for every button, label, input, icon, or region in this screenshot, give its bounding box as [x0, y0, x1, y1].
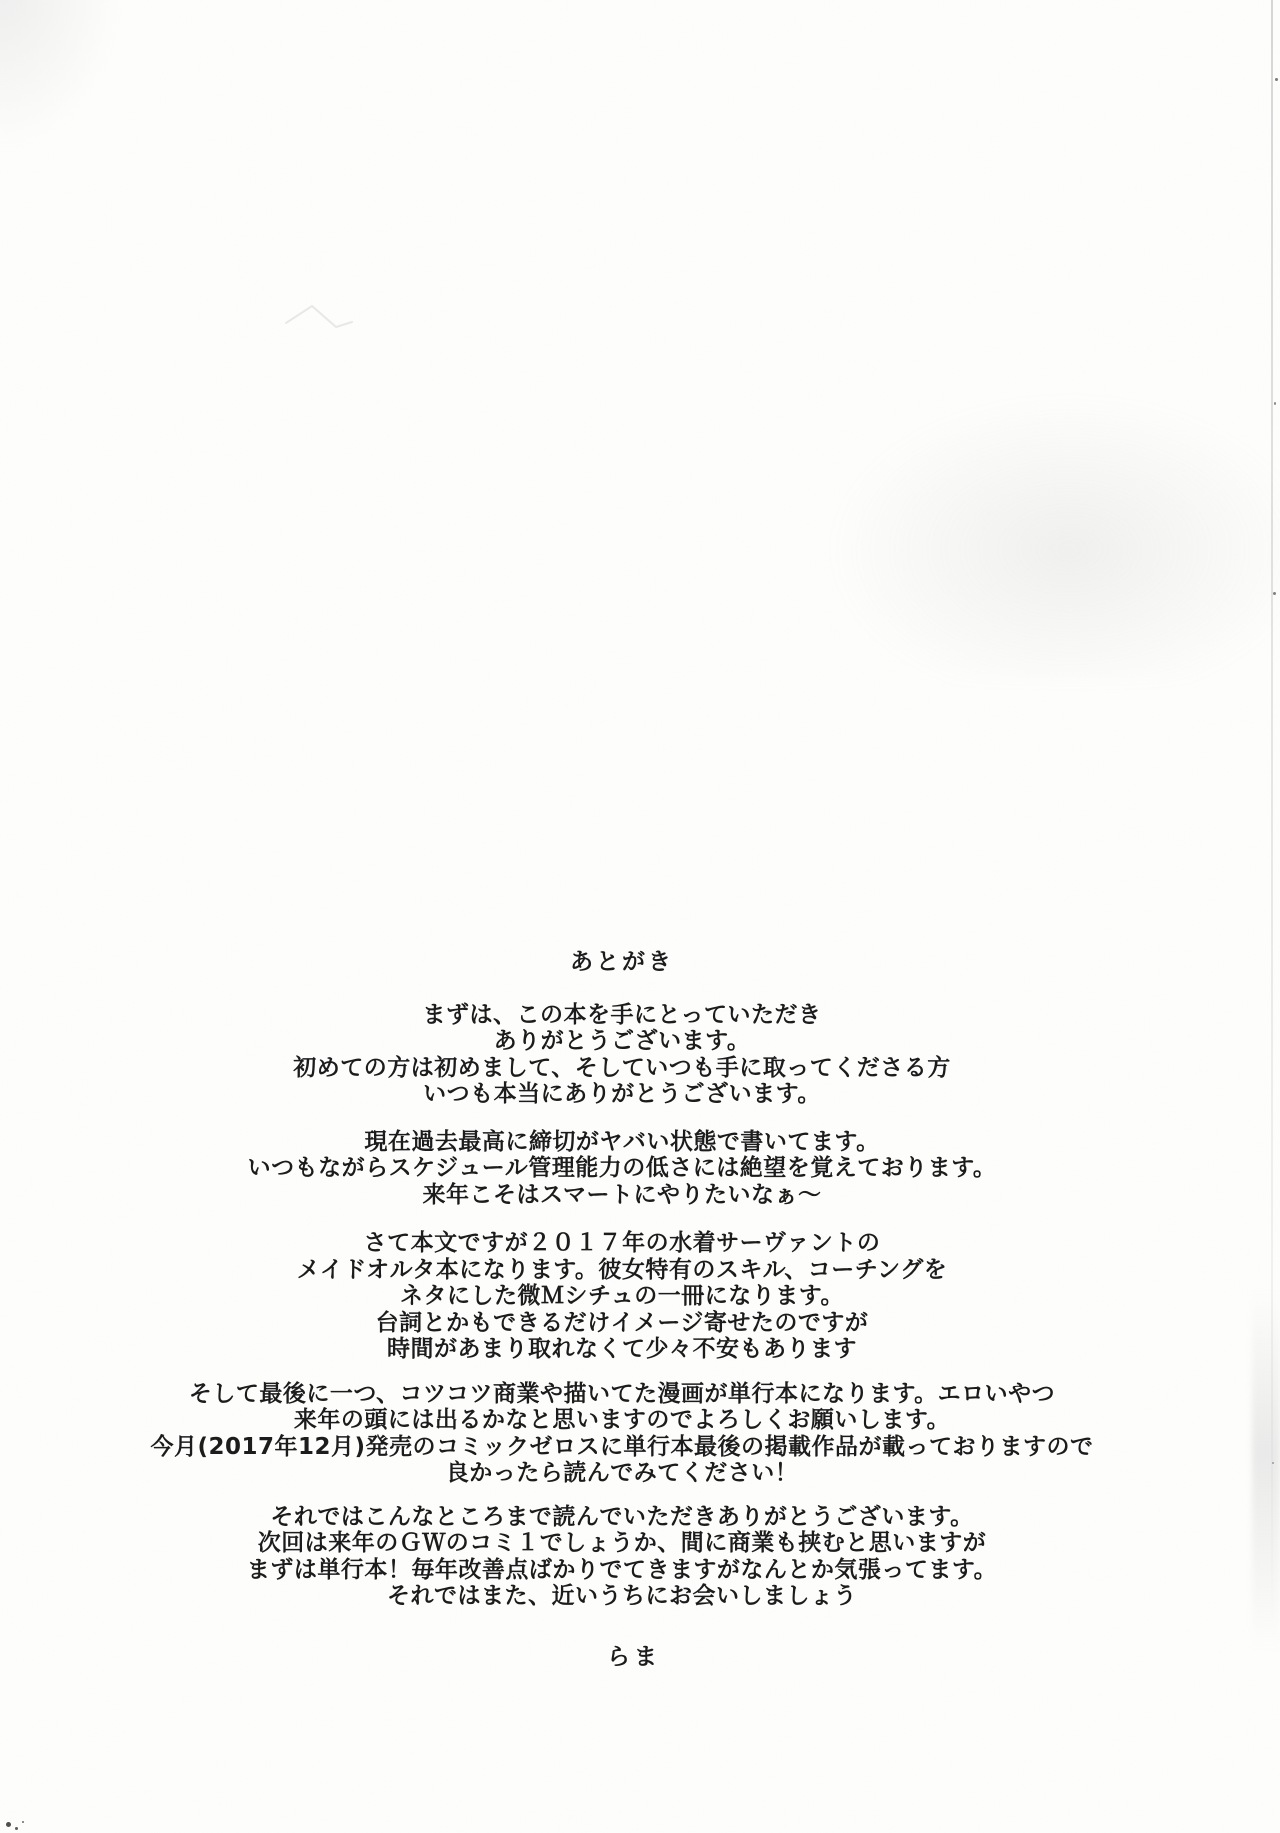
afterword-paragraph: まずは、この本を手にとっていただき ありがとうございます。 初めての方は初めまし…	[0, 1002, 1244, 1108]
afterword-line: いつもながらスケジュール管理能力の低さには絶望を覚えております。	[248, 1155, 997, 1181]
afterword-line: ネタにした微Ｍシチュの一冊になります。	[400, 1283, 844, 1309]
scanned-afterword-page: あとがき まずは、この本を手にとっていただき ありがとうございます。 初めての方…	[0, 0, 1280, 1833]
scan-speck	[15, 1827, 18, 1830]
afterword-text-block: あとがき まずは、この本を手にとっていただき ありがとうございます。 初めての方…	[0, 949, 1280, 1670]
afterword-line: まずは、この本を手にとっていただき	[422, 1002, 821, 1028]
scan-smudge	[820, 390, 1280, 680]
afterword-paragraph: そして最後に一つ、コツコツ商業や描いてた漫画が単行本になります。エロいやつ 来年…	[0, 1381, 1244, 1487]
afterword-line: それではまた、近いうちにお会いしましょう	[387, 1583, 857, 1609]
afterword-line: 良かったら読んでみてください！	[446, 1460, 799, 1486]
scan-speck	[1275, 78, 1278, 81]
afterword-line: 現在過去最高に締切がヤバい状態で書いてます。	[364, 1129, 879, 1155]
afterword-line: 来年の頭には出るかなと思いますのでよろしくお願いします。	[294, 1407, 950, 1433]
afterword-paragraph: それではこんなところまで読んでいただきありがとうございます。 次回は来年のＧＷの…	[0, 1504, 1244, 1610]
scan-corner-shade	[0, 0, 130, 160]
afterword-line: 次回は来年のＧＷのコミ１でしょうか、間に商業も挟むと思いますが	[258, 1530, 987, 1556]
afterword-line: いつも本当にありがとうございます。	[423, 1081, 821, 1107]
afterword-line: メイドオルタ本になります。彼女特有のスキル、コーチングを	[297, 1257, 947, 1283]
afterword-line: まずは単行本！毎年改善点ばかりでてきますがなんとか気張ってます。	[247, 1557, 997, 1583]
afterword-line: 台詞とかもできるだけイメージ寄せたのですが	[376, 1310, 869, 1336]
scan-speck	[22, 1821, 24, 1823]
afterword-line: さて本文ですが２０１７年の水着サーヴァントの	[364, 1230, 881, 1256]
afterword-line: ありがとうございます。	[494, 1028, 751, 1054]
afterword-line: 初めての方は初めまして、そしていつも手に取ってくださる方	[293, 1055, 951, 1081]
scan-speck	[1274, 402, 1276, 405]
afterword-heading: あとがき	[0, 949, 1244, 976]
afterword-line: 今月(2017年12月)発売のコミックゼロスに単行本最後の掲載作品が載っておりま…	[150, 1434, 1093, 1460]
afterword-line: 来年こそはスマートにやりたいなぁ～	[422, 1182, 821, 1208]
afterword-line: そして最後に一つ、コツコツ商業や描いてた漫画が単行本になります。エロいやつ	[189, 1381, 1055, 1407]
scan-speck	[6, 1822, 11, 1827]
afterword-paragraph: さて本文ですが２０１７年の水着サーヴァントの メイドオルタ本になります。彼女特有…	[0, 1230, 1244, 1363]
afterword-line: それではこんなところまで読んでいただきありがとうございます。	[270, 1504, 973, 1530]
scan-speck	[1273, 592, 1276, 595]
author-signature: らま	[12, 1644, 1256, 1671]
afterword-paragraph: 現在過去最高に締切がヤバい状態で書いてます。 いつもながらスケジュール管理能力の…	[0, 1129, 1244, 1209]
afterword-line: 時間があまり取れなくて少々不安もあります	[387, 1336, 857, 1362]
